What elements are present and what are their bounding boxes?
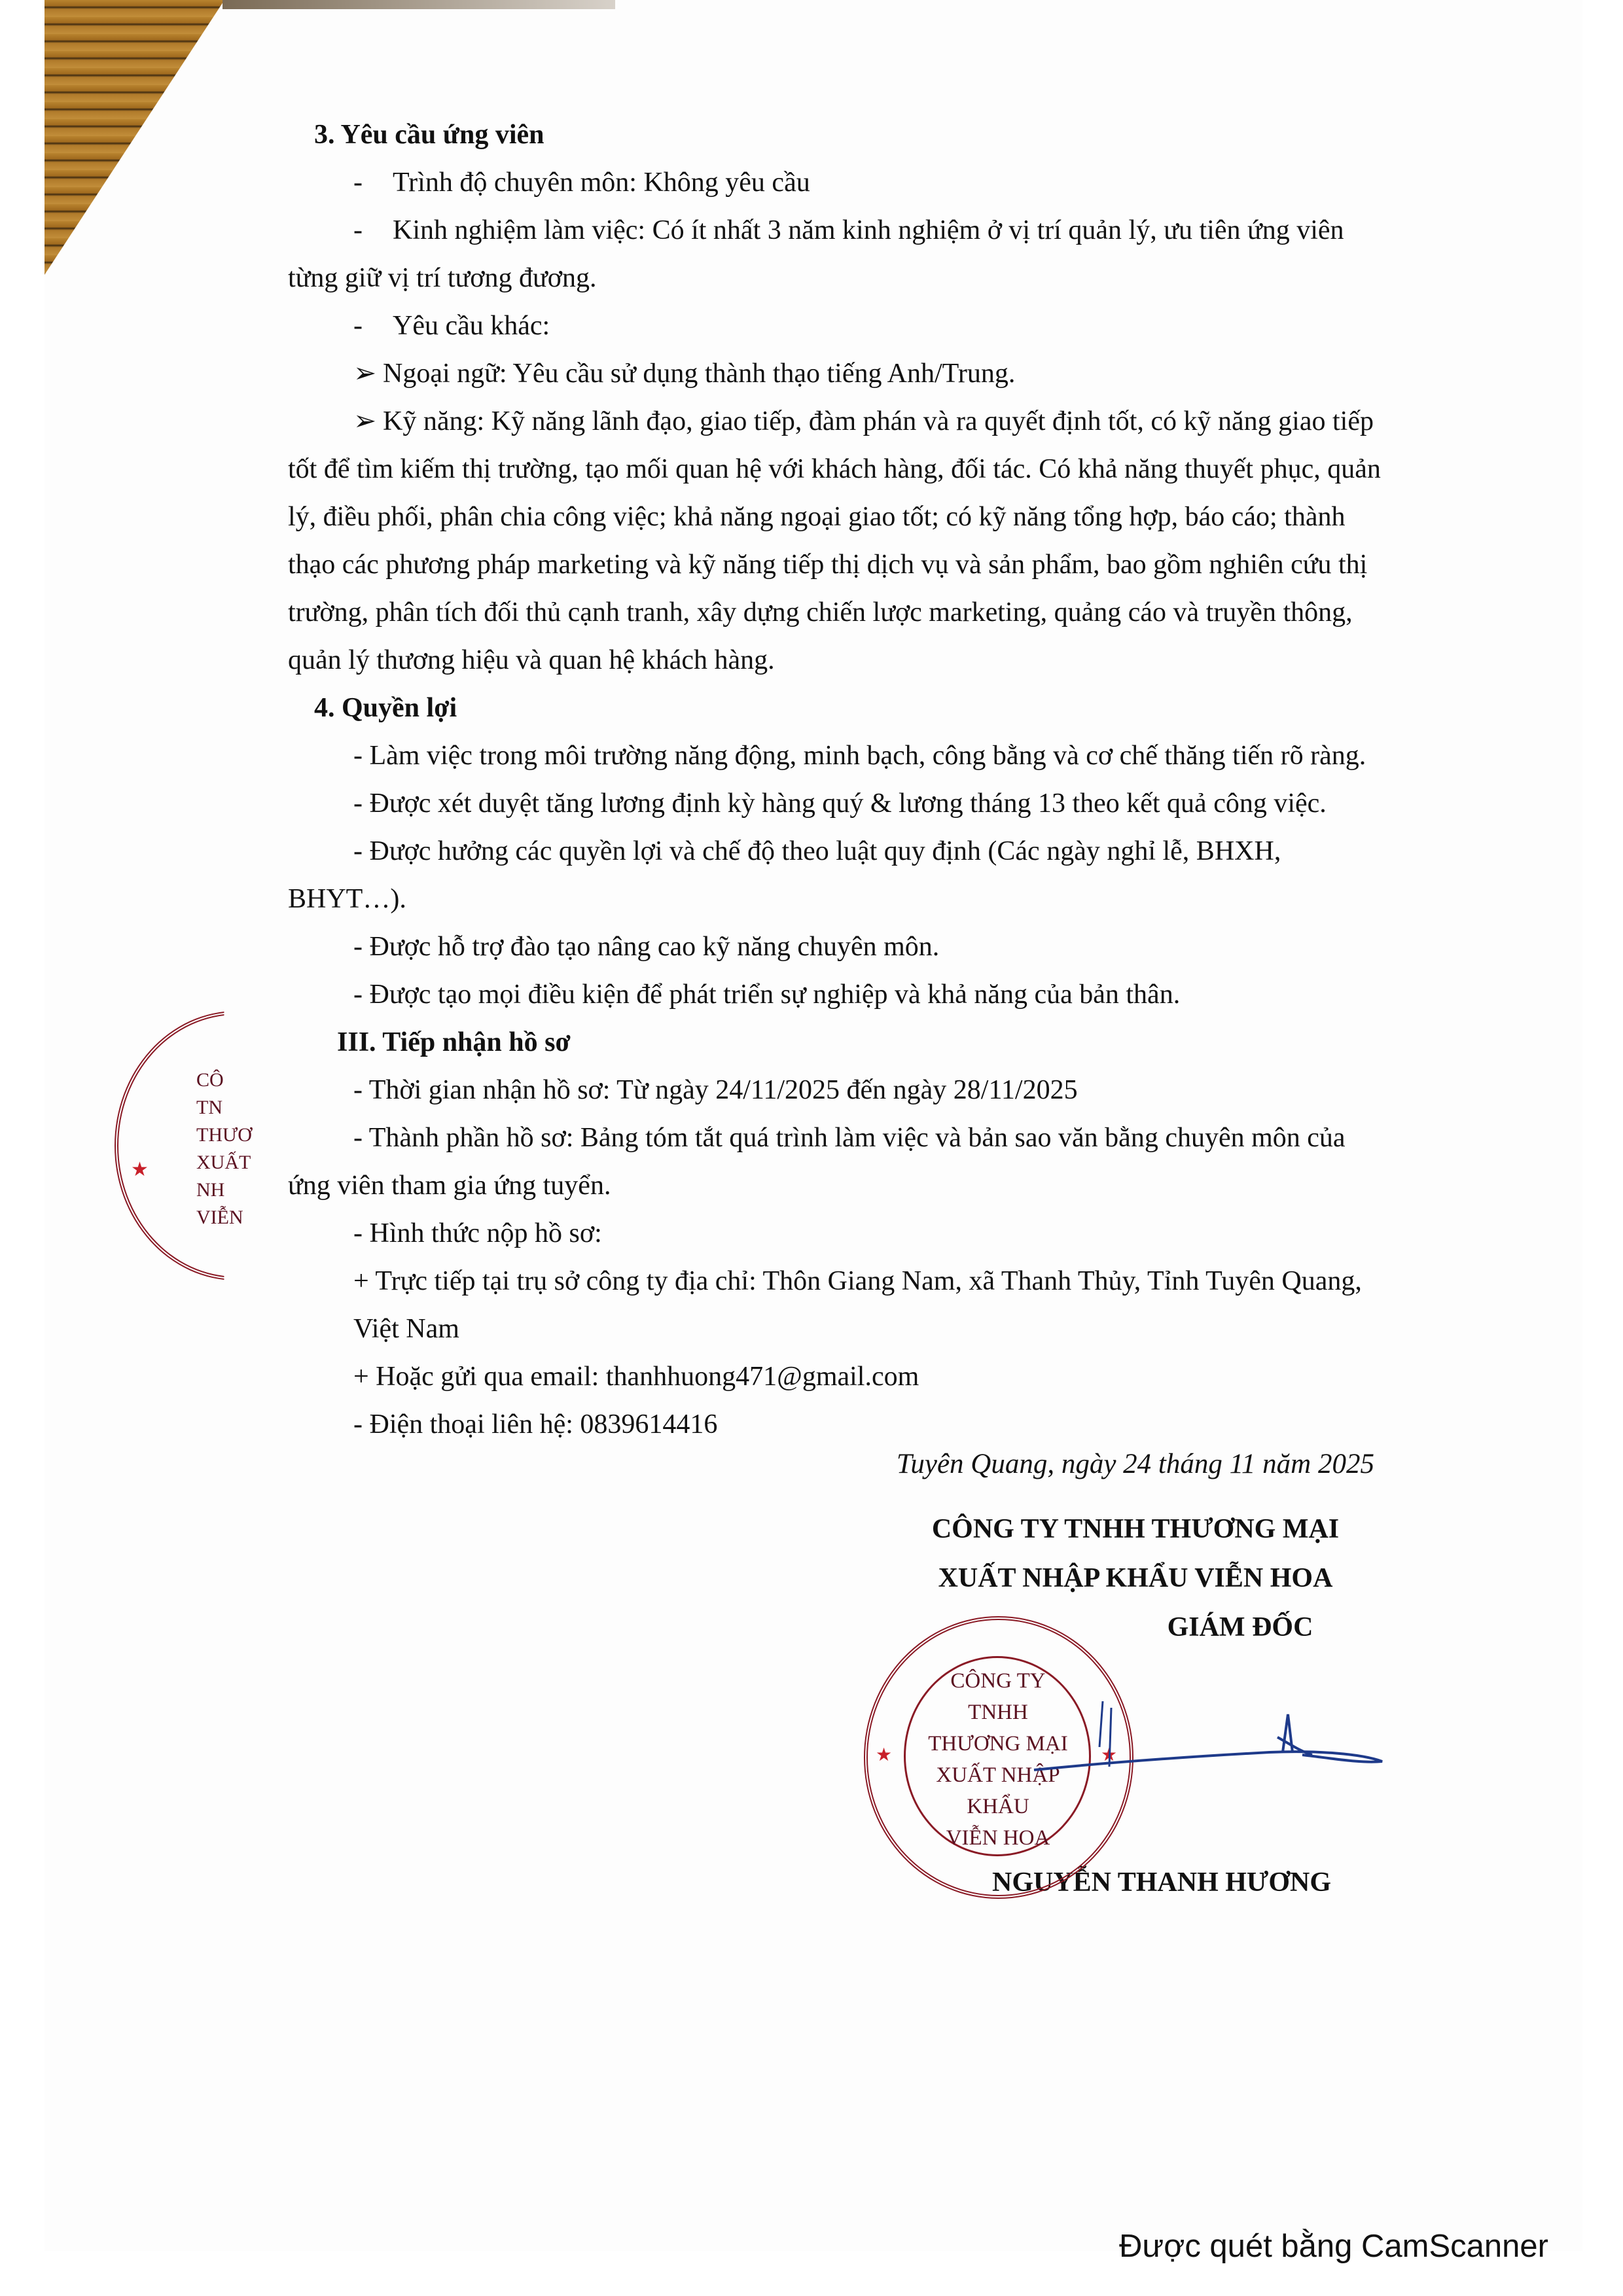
company-name-line2: XUẤT NHẬP KHẨU VIỄN HOA [890,1554,1381,1603]
document-body: 3. Yêu cầu ứng viên -Trình độ chuyên môn… [288,111,1469,1449]
application-item: - Hình thức nộp hồ sơ: [288,1210,1469,1258]
partial-seal-center-text: CÔ TN THƯƠ XUẤT NH VIỄN [196,1067,268,1231]
handwritten-signature [1021,1701,1387,1786]
requirement-subitem-cont: thạo các phương pháp marketing và kỹ năn… [288,541,1469,589]
application-item: + Trực tiếp tại trụ sở công ty địa chỉ: … [288,1258,1469,1305]
scan-edge [223,0,615,9]
arrow-bullet-icon: ➢ [353,398,383,446]
requirement-subitem-cont: lý, điều phối, phân chia công việc; khả … [288,493,1469,541]
application-item-cont: Việt Nam [288,1305,1469,1353]
benefit-item: - Được xét duyệt tăng lương định kỳ hàng… [288,780,1469,828]
benefit-item: - Được hỗ trợ đào tạo nâng cao kỹ năng c… [288,923,1469,971]
requirement-subitem: ➢Kỹ năng: Kỹ năng lãnh đạo, giao tiếp, đ… [288,398,1469,446]
email-item: + Hoặc gửi qua email: thanhhuong471@gmai… [288,1353,1469,1401]
requirement-item: -Kinh nghiệm làm việc: Có ít nhất 3 năm … [288,207,1469,255]
benefit-item-cont: BHYT…). [288,875,1469,923]
arrow-bullet-icon: ➢ [353,350,383,398]
benefit-item: - Làm việc trong môi trường năng động, m… [288,732,1469,780]
partial-seal-star-icon: ★ [131,1158,149,1181]
application-item: - Thời gian nhận hồ sơ: Từ ngày 24/11/20… [288,1067,1469,1114]
benefit-item: - Được hưởng các quyền lợi và chế độ the… [288,828,1469,875]
requirement-subitem-cont: quản lý thương hiệu và quan hệ khách hàn… [288,637,1469,684]
section-4-heading: 4. Quyền lợi [288,684,1469,732]
section-3-heading: 3. Yêu cầu ứng viên [288,111,1469,159]
place-date: Tuyên Quang, ngày 24 tháng 11 năm 2025 [811,1439,1374,1489]
application-item-cont: ứng viên tham gia ứng tuyển. [288,1162,1469,1210]
application-item: - Thành phần hồ sơ: Bảng tóm tắt quá trì… [288,1114,1469,1162]
seal-star-left-icon: ★ [876,1744,892,1766]
requirement-subitem-cont: trường, phân tích đối thủ cạnh tranh, xâ… [288,589,1469,637]
section-iii-heading: III. Tiếp nhận hồ sơ [288,1019,1469,1067]
requirement-item: -Yêu cầu khác: [288,302,1469,350]
requirement-item: -Trình độ chuyên môn: Không yêu cầu [288,159,1469,207]
requirement-item-cont: từng giữ vị trí tương đương. [288,255,1469,302]
requirement-subitem-cont: tốt để tìm kiếm thị trường, tạo mối quan… [288,446,1469,493]
camscanner-watermark: Được quét bằng CamScanner [1119,2228,1548,2265]
company-name-line1: CÔNG TY TNHH THƯƠNG MẠI [890,1505,1381,1554]
requirement-subitem: ➢Ngoại ngữ: Yêu cầu sử dụng thành thạo t… [288,350,1469,398]
benefit-item: - Được tạo mọi điều kiện để phát triển s… [288,971,1469,1019]
